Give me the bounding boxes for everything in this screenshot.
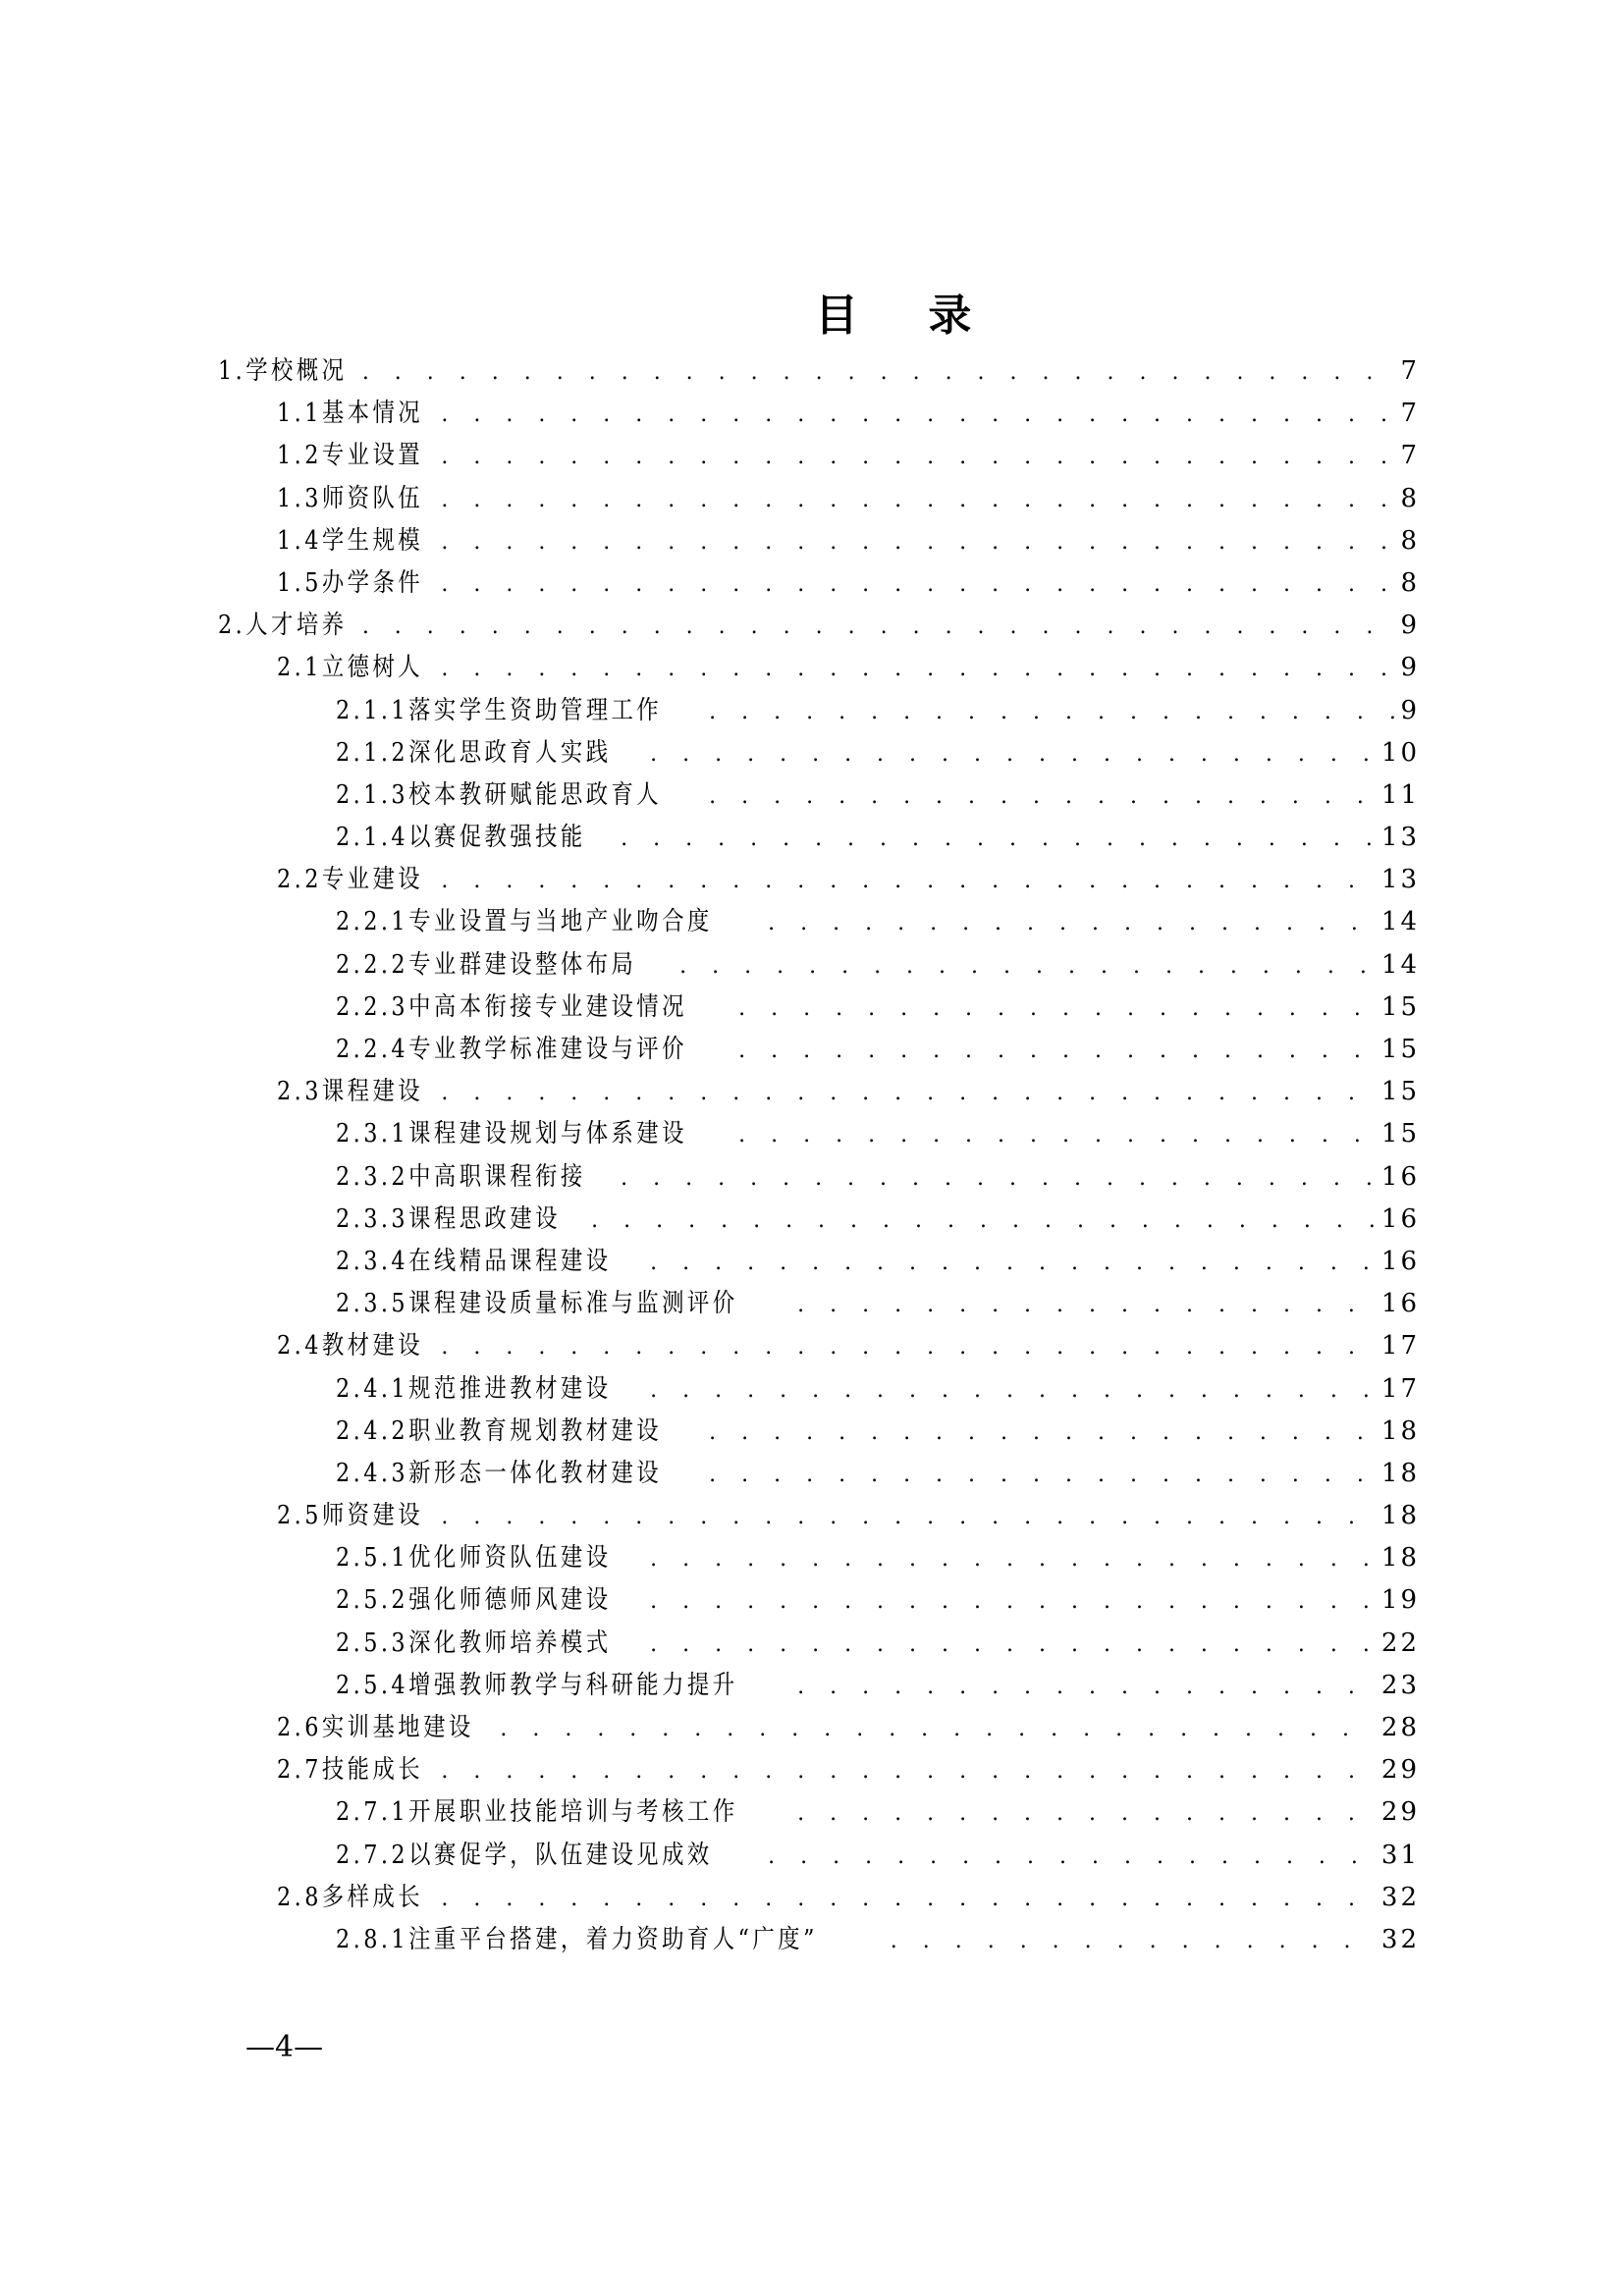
toc-entry[interactable]: 1.3师资队伍8	[218, 478, 1420, 520]
toc-entry-page: 22	[1381, 1623, 1420, 1665]
dot-leader	[362, 606, 1394, 648]
toc-entry-page: 18	[1381, 1495, 1420, 1537]
toc-entry-page: 15	[1381, 1071, 1420, 1113]
toc-entry-label: 1.4学生规模	[277, 520, 423, 562]
dot-leader	[441, 1072, 1376, 1114]
toc-entry[interactable]: 1.2专业设置7	[218, 435, 1420, 477]
dot-leader	[441, 1750, 1376, 1792]
toc-entry[interactable]: 2.4.1规范推进教材建设17	[218, 1368, 1420, 1411]
toc-entry[interactable]: 2.7技能成长29	[218, 1749, 1420, 1791]
dot-leader	[441, 648, 1394, 690]
toc-entry[interactable]: 2.3.2中高职课程衔接16	[218, 1156, 1420, 1199]
toc-entry-label: 2.1.4以赛促教强技能	[336, 817, 586, 859]
toc-entry-page: 29	[1381, 1749, 1420, 1791]
toc-entry-label: 2.7.1开展职业技能培训与考核工作	[336, 1791, 737, 1834]
dot-leader	[441, 860, 1376, 902]
toc-entry[interactable]: 2.5师资建设18	[218, 1495, 1420, 1537]
toc-entry[interactable]: 2.7.1开展职业技能培训与考核工作29	[218, 1791, 1420, 1834]
toc-entry-page: 10	[1381, 732, 1420, 774]
toc-entry-label: 2.7.2以赛促学，队伍建设见成效	[336, 1835, 713, 1877]
toc-entry[interactable]: 1.5办学条件8	[218, 562, 1420, 605]
toc-entry[interactable]: 2.4.2职业教育规划教材建设18	[218, 1411, 1420, 1453]
toc-entry-page: 18	[1381, 1453, 1420, 1495]
dot-leader	[797, 1284, 1376, 1326]
toc-entry-label: 2.4.2职业教育规划教材建设	[336, 1411, 662, 1453]
toc-entry-page: 28	[1381, 1707, 1420, 1749]
toc-entry-page: 14	[1381, 944, 1420, 987]
dot-leader	[709, 775, 1376, 818]
toc-entry-page: 15	[1381, 1029, 1420, 1071]
toc-entry[interactable]: 2.1.4以赛促教强技能13	[218, 817, 1420, 859]
toc-entry-label: 2.2.1专业设置与当地产业吻合度	[336, 901, 713, 943]
toc-entry-label: 2.3.5课程建设质量标准与监测评价	[336, 1283, 737, 1325]
dot-leader	[441, 436, 1394, 478]
dot-leader	[768, 1836, 1376, 1878]
toc-entry-label: 2.3.3课程思政建设	[336, 1199, 561, 1241]
toc-entry-label: 2.5.2强化师德师风建设	[336, 1579, 611, 1622]
page-title: 目 录	[0, 287, 1623, 346]
toc-entry[interactable]: 2.5.1优化师资队伍建设18	[218, 1537, 1420, 1579]
toc-entry-page: 29	[1381, 1791, 1420, 1834]
dot-leader	[738, 1030, 1376, 1072]
dot-leader	[650, 1624, 1376, 1666]
toc-entry[interactable]: 2.2.3中高本衔接专业建设情况15	[218, 987, 1420, 1029]
toc-entry-label: 2.3.1课程建设规划与体系建设	[336, 1113, 687, 1155]
toc-entry-label: 2.1.3校本教研赋能思政育人	[336, 774, 662, 817]
toc-entry-page: 7	[1400, 393, 1420, 435]
toc-entry-label: 2.2.3中高本衔接专业建设情况	[336, 987, 687, 1029]
dot-leader	[709, 1412, 1376, 1454]
dot-leader	[441, 1326, 1376, 1368]
toc-entry-page: 16	[1381, 1156, 1420, 1199]
toc-entry-page: 18	[1381, 1537, 1420, 1579]
toc-entry-page: 11	[1381, 774, 1420, 817]
dot-leader	[768, 902, 1376, 944]
toc-entry-page: 31	[1381, 1835, 1420, 1877]
toc-entry-label: 2.7技能成长	[277, 1749, 423, 1791]
toc-entry-label: 1.2专业设置	[277, 435, 423, 477]
table-of-contents: 1.学校概况7 1.1基本情况7 1.2专业设置7 1.3师资队伍8 1.4学生…	[218, 350, 1420, 1961]
toc-entry-page: 7	[1400, 350, 1420, 393]
toc-entry[interactable]: 1.1基本情况7	[218, 393, 1420, 435]
dot-leader	[621, 1157, 1376, 1200]
toc-entry[interactable]: 2.4教材建设17	[218, 1325, 1420, 1367]
toc-entry-label: 2.4教材建设	[277, 1325, 423, 1367]
toc-entry[interactable]: 2.8多样成长32	[218, 1877, 1420, 1919]
toc-entry-page: 19	[1381, 1579, 1420, 1622]
toc-entry[interactable]: 2.3课程建设15	[218, 1071, 1420, 1113]
dot-leader	[441, 479, 1394, 521]
dot-leader	[441, 394, 1394, 436]
toc-entry-page: 13	[1381, 817, 1420, 859]
toc-entry-label: 2.1.1落实学生资助管理工作	[336, 690, 662, 732]
toc-entry-label: 1.5办学条件	[277, 562, 423, 605]
toc-entry[interactable]: 2.3.3课程思政建设16	[218, 1199, 1420, 1241]
toc-entry-label: 2.3课程建设	[277, 1071, 423, 1113]
toc-entry[interactable]: 2.7.2以赛促学，队伍建设见成效31	[218, 1835, 1420, 1877]
toc-entry-label: 2.8.1注重平台搭建，着力资助育人“广度”	[336, 1919, 818, 1961]
dot-leader	[441, 1496, 1376, 1538]
dot-leader	[679, 945, 1376, 988]
toc-entry[interactable]: 2.1立德树人9	[218, 647, 1420, 689]
toc-entry[interactable]: 2.3.1课程建设规划与体系建设15	[218, 1113, 1420, 1155]
toc-entry-page: 14	[1381, 901, 1420, 943]
toc-entry-page: 8	[1400, 478, 1420, 520]
toc-entry-page: 15	[1381, 1113, 1420, 1155]
toc-entry[interactable]: 2.1.1落实学生资助管理工作9	[218, 690, 1420, 732]
dot-leader	[650, 1538, 1376, 1580]
toc-entry[interactable]: 2.2.1专业设置与当地产业吻合度14	[218, 901, 1420, 943]
toc-entry[interactable]: 2.2.4专业教学标准建设与评价15	[218, 1029, 1420, 1071]
dot-leader	[500, 1708, 1376, 1750]
dot-leader	[891, 1920, 1376, 1962]
toc-entry-label: 2.1.2深化思政育人实践	[336, 732, 611, 774]
dot-leader	[591, 1200, 1376, 1242]
toc-entry[interactable]: 2.3.4在线精品课程建设16	[218, 1241, 1420, 1283]
toc-entry-page: 9	[1400, 690, 1420, 732]
toc-entry[interactable]: 2.人才培养9	[218, 605, 1420, 647]
toc-entry-page: 7	[1400, 435, 1420, 477]
toc-entry-page: 9	[1400, 647, 1420, 689]
dot-leader	[650, 1369, 1376, 1412]
dot-leader	[650, 733, 1376, 775]
toc-entry[interactable]: 1.学校概况7	[218, 350, 1420, 393]
dot-leader	[797, 1666, 1376, 1708]
toc-entry-page: 8	[1400, 520, 1420, 562]
toc-entry-page: 9	[1400, 605, 1420, 647]
dot-leader	[797, 1792, 1376, 1835]
toc-entry-page: 16	[1381, 1241, 1420, 1283]
toc-entry[interactable]: 2.3.5课程建设质量标准与监测评价16	[218, 1283, 1420, 1325]
toc-entry-label: 2.5.4增强教师教学与科研能力提升	[336, 1665, 737, 1707]
toc-entry-page: 18	[1381, 1411, 1420, 1453]
dot-leader	[650, 1242, 1376, 1284]
toc-entry-label: 2.8多样成长	[277, 1877, 423, 1919]
toc-entry-page: 16	[1381, 1199, 1420, 1241]
toc-entry-label: 1.1基本情况	[277, 393, 423, 435]
dot-leader	[441, 1878, 1376, 1920]
toc-entry-label: 2.4.1规范推进教材建设	[336, 1368, 611, 1411]
dot-leader	[362, 351, 1394, 394]
page-number-footer: —4—	[245, 2030, 323, 2064]
dot-leader	[621, 818, 1376, 860]
toc-entry-page: 17	[1381, 1368, 1420, 1411]
toc-entry-label: 2.5师资建设	[277, 1495, 423, 1537]
toc-entry-page: 15	[1381, 987, 1420, 1029]
dot-leader	[738, 1114, 1376, 1156]
dot-leader	[738, 988, 1376, 1030]
toc-entry[interactable]: 2.4.3新形态一体化教材建设18	[218, 1453, 1420, 1495]
toc-entry-page: 23	[1381, 1665, 1420, 1707]
toc-entry-label: 2.3.4在线精品课程建设	[336, 1241, 611, 1283]
toc-entry-label: 2.4.3新形态一体化教材建设	[336, 1453, 662, 1495]
toc-entry-label: 2.5.1优化师资队伍建设	[336, 1537, 611, 1579]
dot-leader	[441, 563, 1394, 606]
toc-entry[interactable]: 2.1.3校本教研赋能思政育人11	[218, 774, 1420, 817]
dot-leader	[650, 1580, 1376, 1623]
toc-entry-page: 32	[1381, 1877, 1420, 1919]
toc-entry-page: 16	[1381, 1283, 1420, 1325]
toc-entry-label: 2.6实训基地建设	[277, 1707, 474, 1749]
toc-entry-page: 17	[1381, 1325, 1420, 1367]
dot-leader	[709, 1454, 1376, 1496]
toc-entry[interactable]: 2.5.2强化师德师风建设19	[218, 1579, 1420, 1622]
toc-entry[interactable]: 2.8.1注重平台搭建，着力资助育人“广度”32	[218, 1919, 1420, 1961]
toc-entry[interactable]: 2.6实训基地建设28	[218, 1707, 1420, 1749]
toc-entry-page: 8	[1400, 562, 1420, 605]
toc-entry-page: 13	[1381, 859, 1420, 901]
toc-entry-label: 2.5.3深化教师培养模式	[336, 1623, 611, 1665]
dot-leader	[441, 521, 1394, 563]
toc-entry[interactable]: 1.4学生规模8	[218, 520, 1420, 562]
toc-entry-page: 32	[1381, 1919, 1420, 1961]
toc-entry[interactable]: 2.1.2深化思政育人实践10	[218, 732, 1420, 774]
toc-entry[interactable]: 2.5.3深化教师培养模式22	[218, 1623, 1420, 1665]
dot-leader	[709, 691, 1394, 733]
toc-entry-label: 2.1立德树人	[277, 647, 423, 689]
toc-entry[interactable]: 2.2.2专业群建设整体布局14	[218, 944, 1420, 987]
toc-entry-label: 2.3.2中高职课程衔接	[336, 1156, 586, 1199]
toc-entry-label: 1.3师资队伍	[277, 478, 423, 520]
toc-entry[interactable]: 2.5.4增强教师教学与科研能力提升23	[218, 1665, 1420, 1707]
toc-entry[interactable]: 2.2专业建设13	[218, 859, 1420, 901]
toc-entry-label: 1.学校概况	[218, 350, 347, 393]
toc-entry-label: 2.2专业建设	[277, 859, 423, 901]
toc-entry-label: 2.2.2专业群建设整体布局	[336, 944, 636, 987]
toc-entry-label: 2.人才培养	[218, 605, 347, 647]
toc-entry-label: 2.2.4专业教学标准建设与评价	[336, 1029, 687, 1071]
